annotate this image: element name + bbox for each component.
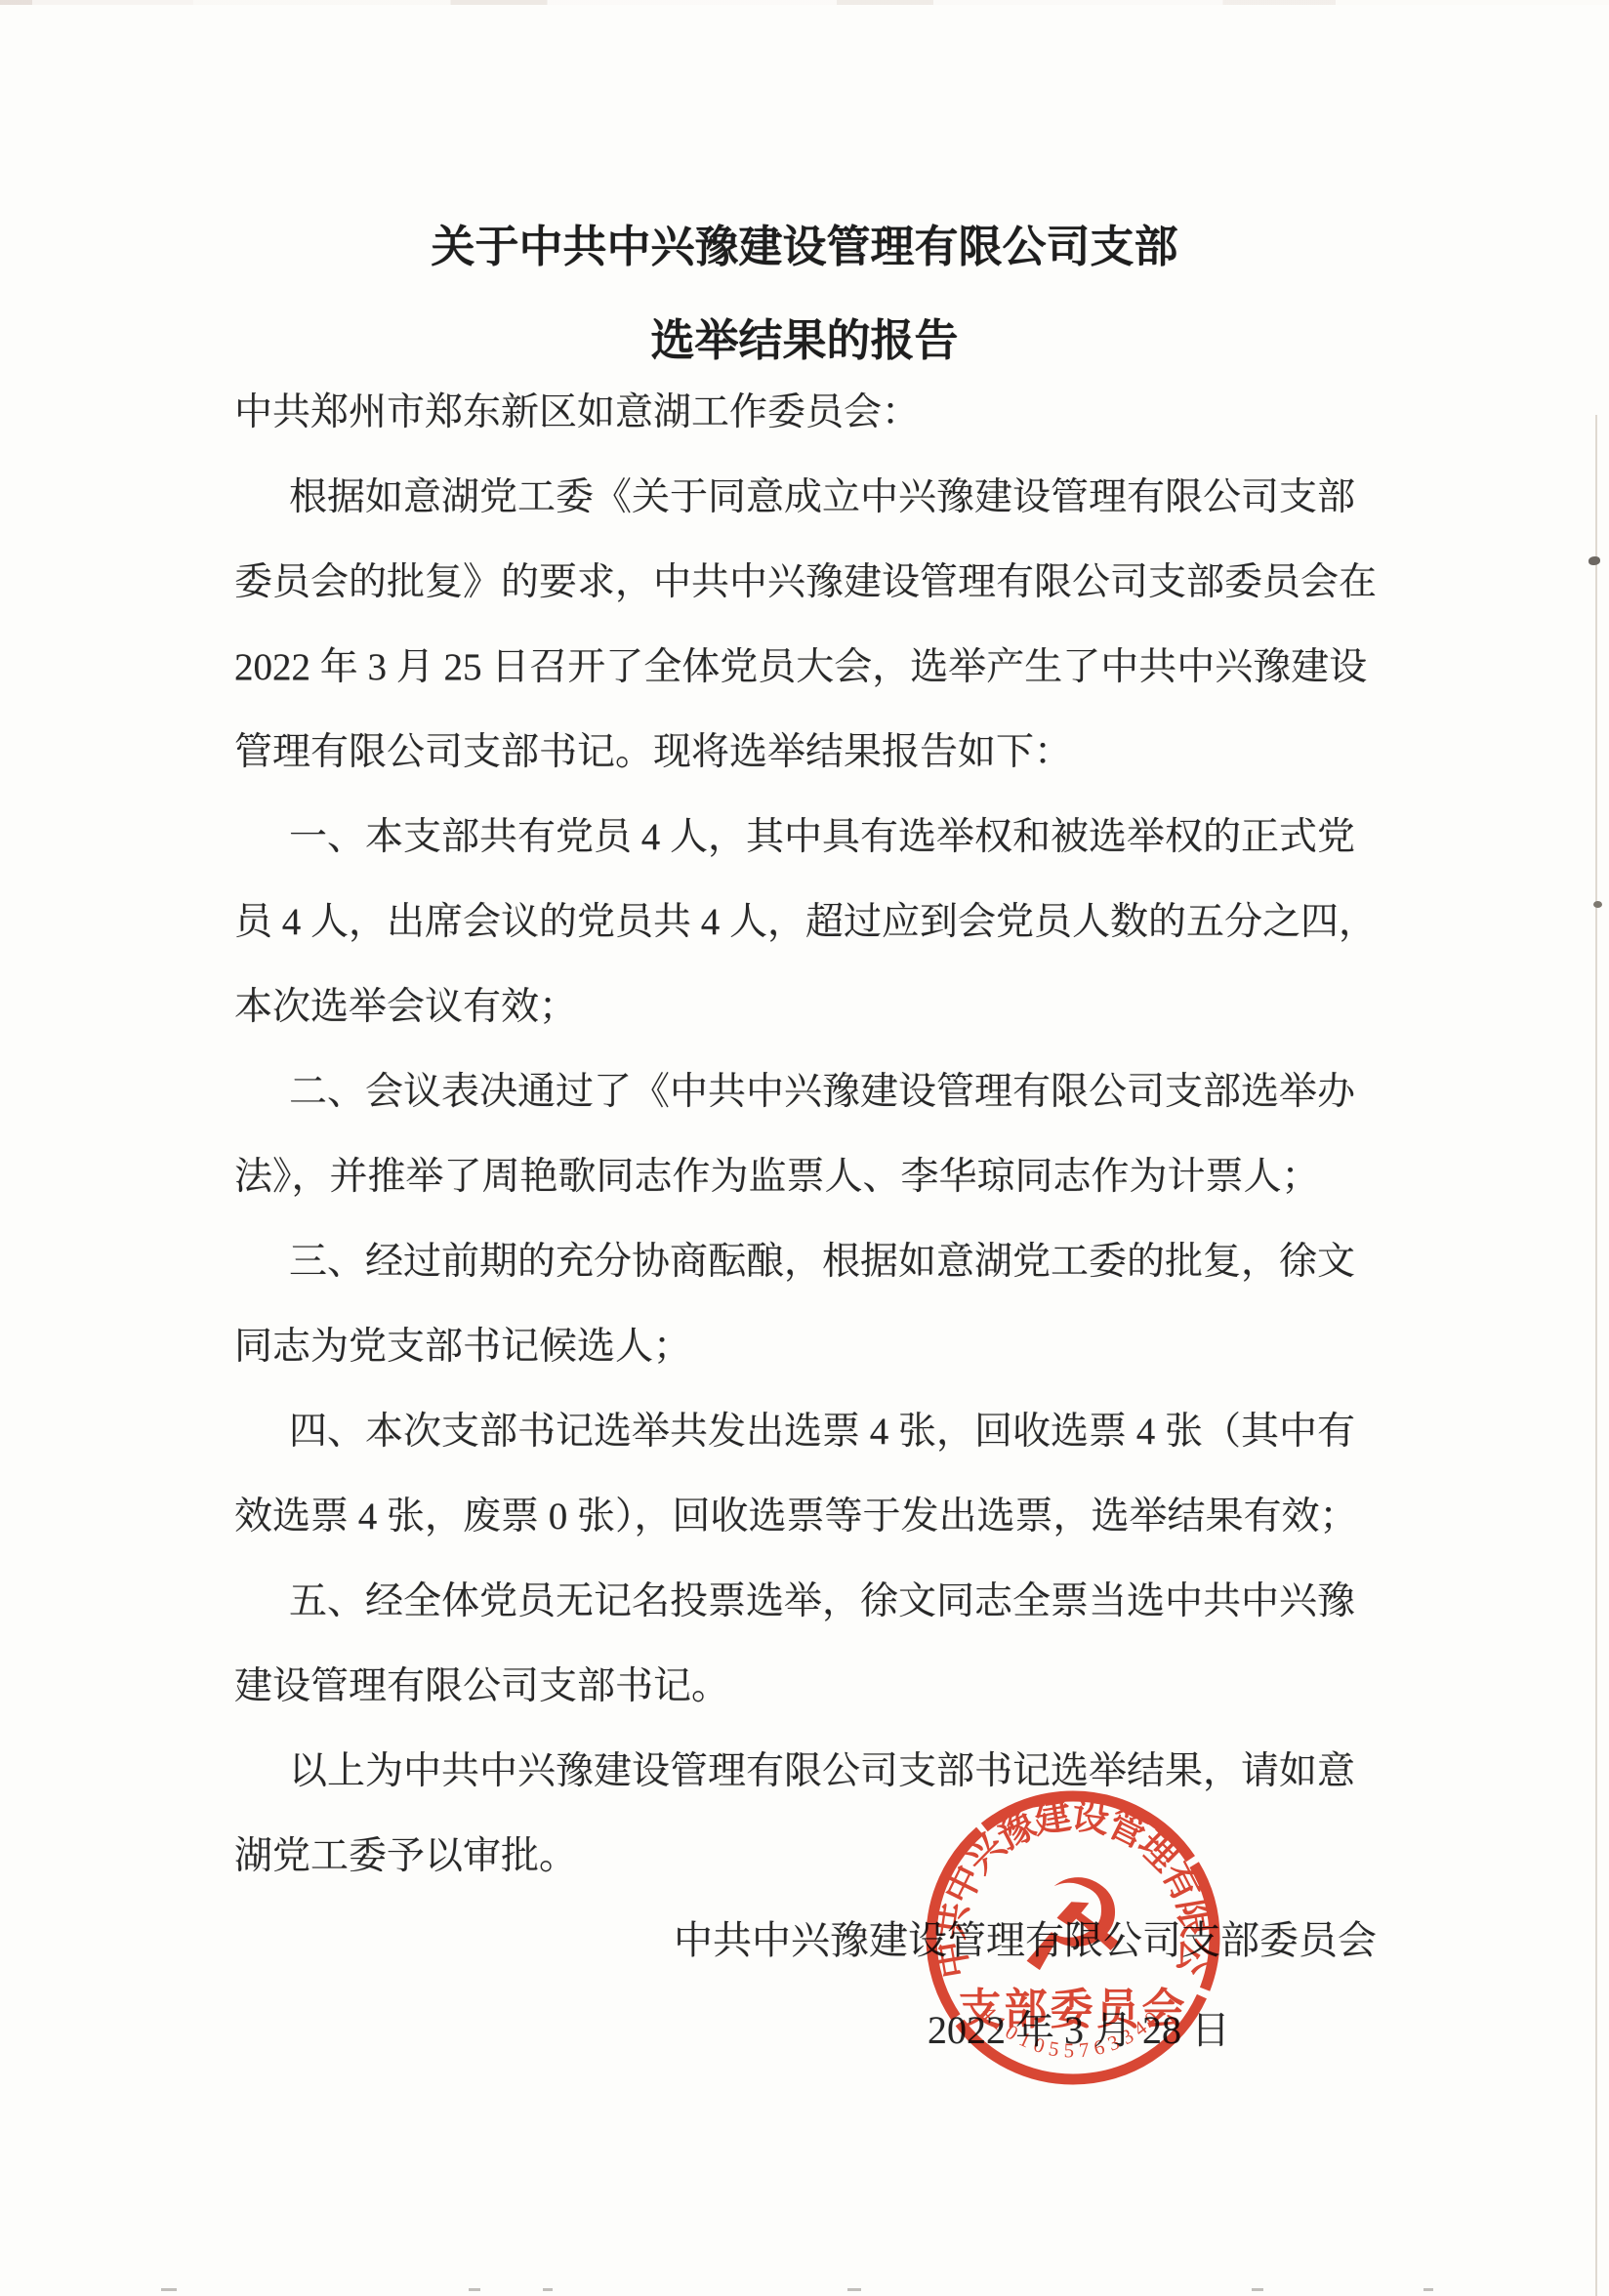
- scan-bottom-tick: [469, 2288, 480, 2291]
- body-line: 员 4 人，出席会议的党员共 4 人，超过应到会党员人数的五分之四，: [234, 900, 1455, 945]
- body-line: 根据如意湖党工委《关于同意成立中兴豫建设管理有限公司支部: [234, 475, 1509, 520]
- document-title-line2: 选举结果的报告: [0, 305, 1609, 368]
- body-line: 法》，并推举了周艳歌同志作为监票人、李华琼同志作为计票人；: [234, 1155, 1455, 1200]
- body-line: 本次选举会议有效；: [234, 985, 1455, 1030]
- body-line: 四、本次支部书记选举共发出选票 4 张，回收选票 4 张（其中有: [234, 1410, 1509, 1455]
- body-line: 2022 年 3 月 25 日召开了全体党员大会，选举产生了中共中兴豫建设: [234, 645, 1455, 690]
- body-line: 湖党工委予以审批。: [234, 1834, 1455, 1879]
- scan-bottom-tick: [161, 2288, 177, 2291]
- body-line: 中共郑州市郑东新区如意湖工作委员会：: [234, 390, 1455, 435]
- scan-bottom-tick: [847, 2288, 861, 2291]
- scan-speck: [1588, 556, 1600, 565]
- scan-right-edge-line: [1595, 415, 1597, 2296]
- body-line: 二、会议表决通过了《中共中兴豫建设管理有限公司支部选举办: [234, 1070, 1509, 1115]
- scan-speck: [1593, 901, 1602, 908]
- document-title-line1: 关于中共中兴豫建设管理有限公司支部: [0, 211, 1609, 274]
- body-line: 三、经过前期的充分协商酝酿，根据如意湖党工委的批复，徐文: [234, 1240, 1509, 1285]
- body-line: 管理有限公司支部书记。现将选举结果报告如下：: [234, 730, 1455, 775]
- scan-bottom-tick: [1423, 2288, 1433, 2291]
- body-line: 五、经全体党员无记名投票选举，徐文同志全票当选中共中兴豫: [234, 1579, 1509, 1624]
- scan-bottom-tick: [1252, 2288, 1263, 2291]
- body-line: 一、本支部共有党员 4 人，其中具有选举权和被选举权的正式党: [234, 815, 1509, 860]
- body-line: 效选票 4 张，废票 0 张），回收选票等于发出选票，选举结果有效；: [234, 1495, 1455, 1539]
- scan-bottom-tick: [543, 2288, 553, 2291]
- body-line: 建设管理有限公司支部书记。: [234, 1664, 1455, 1709]
- body-line: 同志为党支部书记候选人；: [234, 1325, 1455, 1370]
- body-line: 委员会的批复》的要求，中共中兴豫建设管理有限公司支部委员会在: [234, 560, 1455, 605]
- hammer-sickle-icon: ☭: [1016, 1852, 1131, 2000]
- body-line: 以上为中共中兴豫建设管理有限公司支部书记选举结果，请如意: [234, 1749, 1509, 1794]
- official-stamp: 中共中兴豫建设管理有限公司 4101055763340 支部委员会 ☭: [920, 1784, 1226, 2091]
- scan-top-edge-artifact: [0, 0, 1609, 5]
- scanned-report-page: 关于中共中兴豫建设管理有限公司支部 选举结果的报告 中共郑州市郑东新区如意湖工作…: [0, 0, 1609, 2296]
